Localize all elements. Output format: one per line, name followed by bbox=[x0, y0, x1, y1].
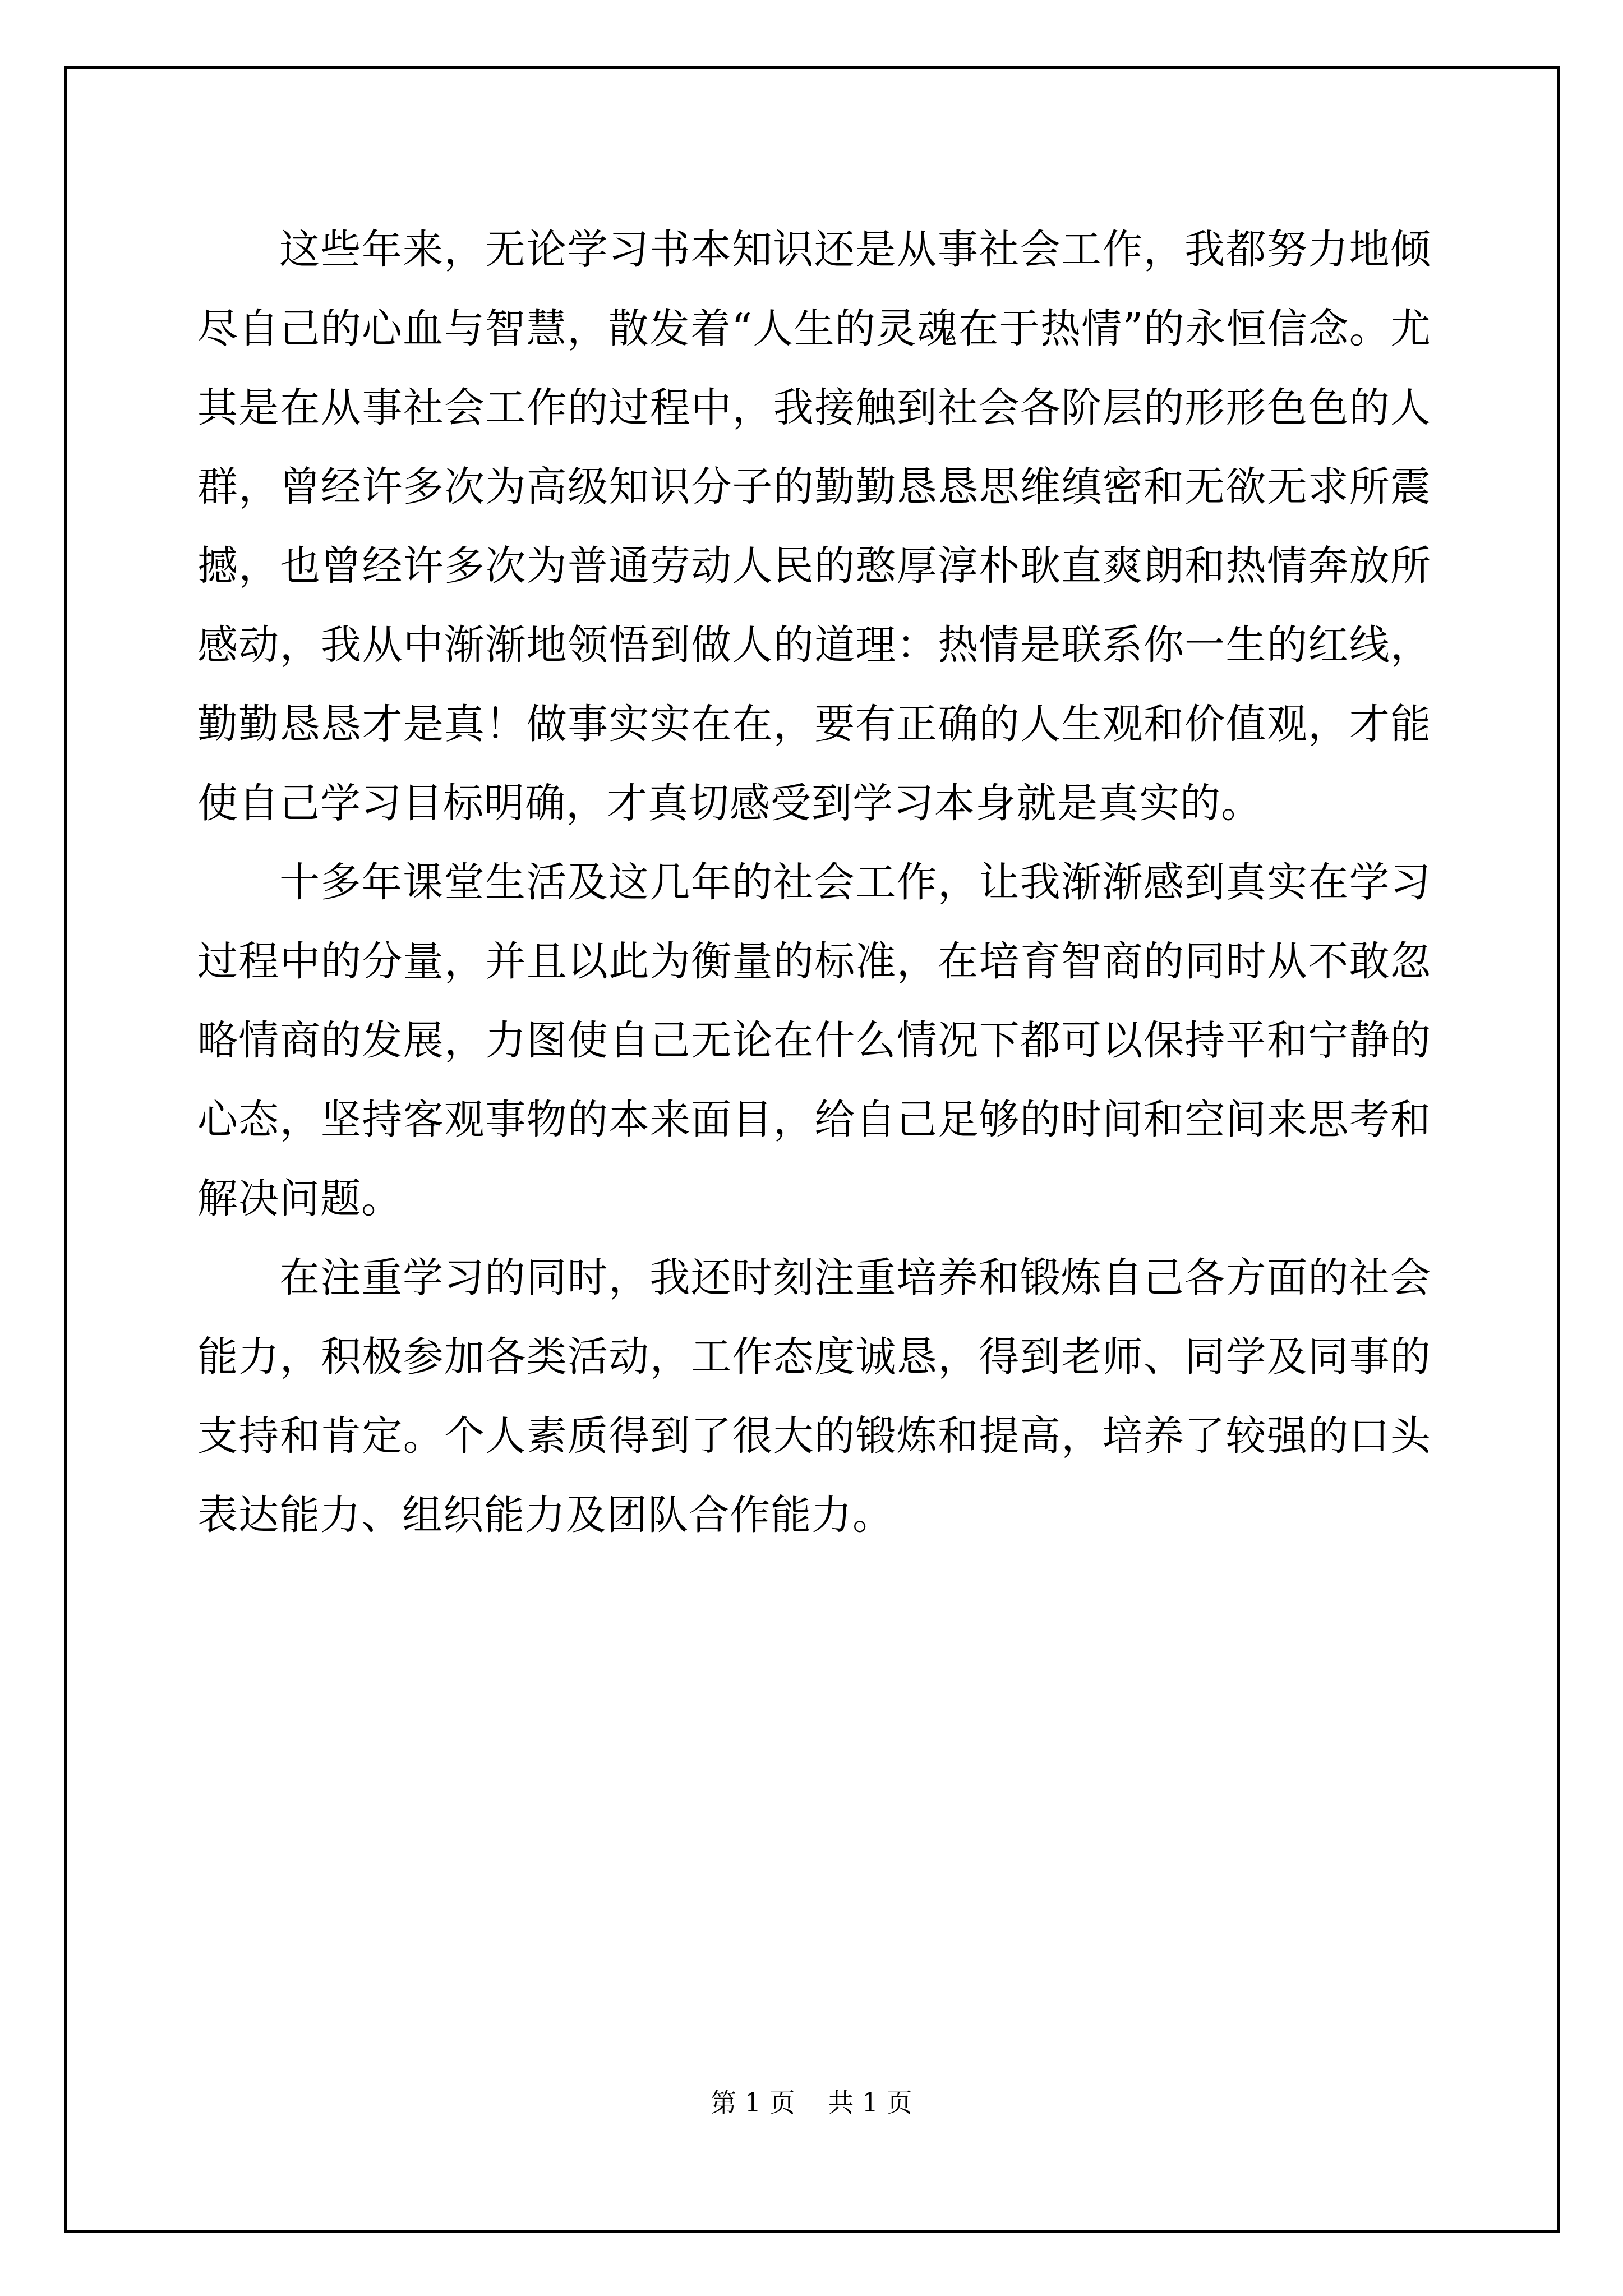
page-footer: 第 1 页 共 1 页 bbox=[0, 2086, 1623, 2119]
paragraph-2: 十多年课堂生活及这几年的社会工作，让我渐渐感到真实在学习过程中的分量，并且以此为… bbox=[197, 843, 1431, 1238]
footer-spacer bbox=[795, 2087, 828, 2118]
paragraph-3: 在注重学习的同时，我还时刻注重培养和锻炼自己各方面的社会能力，积极参加各类活动，… bbox=[197, 1238, 1431, 1554]
document-body: 这些年来，无论学习书本知识还是从事社会工作，我都努力地倾尽自己的心血与智慧，散发… bbox=[197, 210, 1431, 1554]
page-number: 第 1 页 bbox=[711, 2087, 795, 2118]
paragraph-1: 这些年来，无论学习书本知识还是从事社会工作，我都努力地倾尽自己的心血与智慧，散发… bbox=[197, 210, 1431, 843]
total-pages: 共 1 页 bbox=[828, 2087, 912, 2118]
